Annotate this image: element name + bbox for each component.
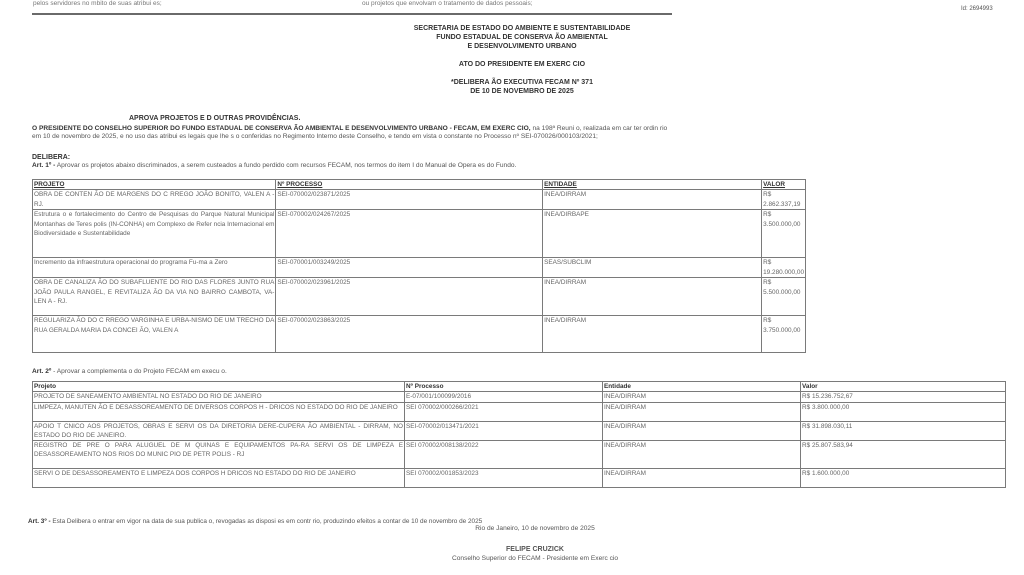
cell-entidade: INEA/DIRRAM [603,441,801,469]
cell-projeto: REGISTRO DE PRE O PARA ALUGUEL DE M QUIN… [33,441,405,469]
art2-body: - Aprovar a complementa o do Projeto FEC… [51,368,227,375]
cell-valor: R$ 19.280.000,00 [762,258,806,278]
cell-projeto: APOIO T CNICO AOS PROJETOS, OBRAS E SERV… [33,421,405,441]
header-secretaria: SECRETARIA DE ESTADO DO AMBIENTE E SUSTE… [352,24,692,33]
cell-valor: R$ 3.500.000,00 [762,210,806,258]
art3-body: Esta Delibera o entrar em vigor na data … [51,518,483,525]
cell-entidade: INEA/DIRRAM [543,190,762,210]
col-entidade: ENTIDADE [543,180,762,190]
cell-valor: R$ 3.800.000,00 [801,402,1006,421]
previous-text-middle: ou projetos que envolvam o tratamento de… [362,0,533,7]
cell-entidade: INEA/DIRRAM [603,392,801,402]
cell-entidade: INEA/DIRBAPE [543,210,762,258]
cell-entidade: INEA/DIRRAM [603,421,801,441]
art1-text: Art. 1º - Aprovar os projetos abaixo dis… [32,161,516,170]
art1-label: Art. 1º - [32,162,55,169]
preamble-rest: na 198ª Reuni o, realizada em car ter or… [531,125,668,132]
signatory-name: FELIPE CRUZICK [300,546,770,554]
cell-entidade: INEA/DIRRAM [543,316,762,353]
section-divider [32,13,672,15]
previous-text-left: pelos servidores no mbito de suas atribu… [33,0,162,7]
cell-processo: SEI-070002/023863/2025 [276,316,543,353]
table-row: SERVI O DE DESASSOREAMENTO E LIMPEZA DOS… [33,469,1006,488]
cell-processo: SEI-070002/013471/2021 [405,421,603,441]
cell-valor: R$ 25.807.583,94 [801,441,1006,469]
art2-text: Art. 2º - Aprovar a complementa o do Pro… [32,367,227,376]
col-valor: Valor [801,382,1006,392]
art3-label: Art. 3º - [28,518,51,525]
cell-valor: R$ 1.600.000,00 [801,469,1006,488]
table-row: REGULARIZA ÃO DO C RREGO VARGINHA E URBA… [33,316,806,353]
signatory-role: Conselho Superior do FECAM - Presidente … [300,555,770,563]
cell-entidade: INEA/DIRRAM [543,278,762,316]
deliberation-date: DE 10 DE NOVEMBRO DE 2025 [352,87,692,96]
complement-table: Projeto Nº Processo Entidade Valor PROJE… [32,381,1006,488]
place-date: Rio de Janeiro, 10 de novembro de 2025 [300,525,770,533]
cell-processo: SEI 070002/000266/2021 [405,402,603,421]
cell-valor: R$ 2.862.337,19 [762,190,806,210]
cell-projeto: PROJETO DE SANEAMENTO AMBIENTAL NO ESTAD… [33,392,405,402]
cell-processo: SEI-070002/023961/2025 [276,278,543,316]
table-row: PROJETO DE SANEAMENTO AMBIENTAL NO ESTAD… [33,392,1006,402]
cell-projeto: LIMPEZA, MANUTEN ÃO E DESASSOREAMENTO DE… [33,402,405,421]
table-row: APOIO T CNICO AOS PROJETOS, OBRAS E SERV… [33,421,1006,441]
col-projeto: Projeto [33,382,405,392]
cell-projeto: REGULARIZA ÃO DO C RREGO VARGINHA E URBA… [33,316,276,353]
cell-projeto: SERVI O DE DESASSOREAMENTO E LIMPEZA DOS… [33,469,405,488]
deliberation-title: *DELIBERA ÃO EXECUTIVA FECAM Nº 371 [352,78,692,87]
cell-processo: SEI-070002/023871/2025 [276,190,543,210]
cell-processo: SEI 070002/008138/2022 [405,441,603,469]
cell-entidade: INEA/DIRRAM [603,469,801,488]
art2-label: Art. 2º [32,368,51,375]
preamble-line2: em 10 de novembro de 2025, e no uso das … [32,132,598,141]
table-row: LIMPEZA, MANUTEN ÃO E DESASSOREAMENTO DE… [33,402,1006,421]
document-id: Id: 2694993 [961,6,993,12]
projects-table: PROJETO Nº PROCESSO ENTIDADE VALOR OBRA … [32,179,806,353]
table-row: Estrutura o e fortalecimento do Centro d… [33,210,806,258]
table-header-row: Projeto Nº Processo Entidade Valor [33,382,1006,392]
table-row: OBRA DE CONTEN ÃO DE MARGENS DO C RREGO … [33,190,806,210]
table-header-row: PROJETO Nº PROCESSO ENTIDADE VALOR [33,180,806,190]
cell-projeto: OBRA DE CONTEN ÃO DE MARGENS DO C RREGO … [33,190,276,210]
table-row: REGISTRO DE PRE O PARA ALUGUEL DE M QUIN… [33,441,1006,469]
cell-entidade: INEA/DIRRAM [603,402,801,421]
cell-processo: E-07/001/100099/2016 [405,392,603,402]
header-act: ATO DO PRESIDENTE EM EXERC CIO [352,60,692,69]
cell-projeto: OBRA DE CANALIZA ÃO DO SUBAFLUENTE DO RI… [33,278,276,316]
cell-processo: SEI 070002/001853/2023 [405,469,603,488]
document-header: SECRETARIA DE ESTADO DO AMBIENTE E SUSTE… [352,24,692,96]
col-projeto: PROJETO [33,180,276,190]
ementa: APROVA PROJETOS E D OUTRAS PROVIDÊNCIAS. [129,115,300,122]
header-desenvolvimento: E DESENVOLVIMENTO URBANO [352,42,692,51]
preamble-bold: O PRESIDENTE DO CONSELHO SUPERIOR DO FUN… [32,125,531,132]
col-processo: Nº PROCESSO [276,180,543,190]
header-fundo: FUNDO ESTADUAL DE CONSERVA ÃO AMBIENTAL [352,33,692,42]
table-row: OBRA DE CANALIZA ÃO DO SUBAFLUENTE DO RI… [33,278,806,316]
cell-projeto: Estrutura o e fortalecimento do Centro d… [33,210,276,258]
cell-valor: R$ 15.236.752,67 [801,392,1006,402]
cell-valor: R$ 5.500.000,00 [762,278,806,316]
col-valor: VALOR [762,180,806,190]
cell-processo: SEI-070001/003249/2025 [276,258,543,278]
art1-body: Aprovar os projetos abaixo discriminados… [55,162,516,169]
cell-projeto: Incremento da infraestrutura operacional… [33,258,276,278]
cell-valor: R$ 3.750.000,00 [762,316,806,353]
table-row: Incremento da infraestrutura operacional… [33,258,806,278]
cell-processo: SEI-070002/024267/2025 [276,210,543,258]
cell-entidade: SEAS/SUBCLIM [543,258,762,278]
cell-valor: R$ 31.898.030,11 [801,421,1006,441]
col-entidade: Entidade [603,382,801,392]
col-processo: Nº Processo [405,382,603,392]
